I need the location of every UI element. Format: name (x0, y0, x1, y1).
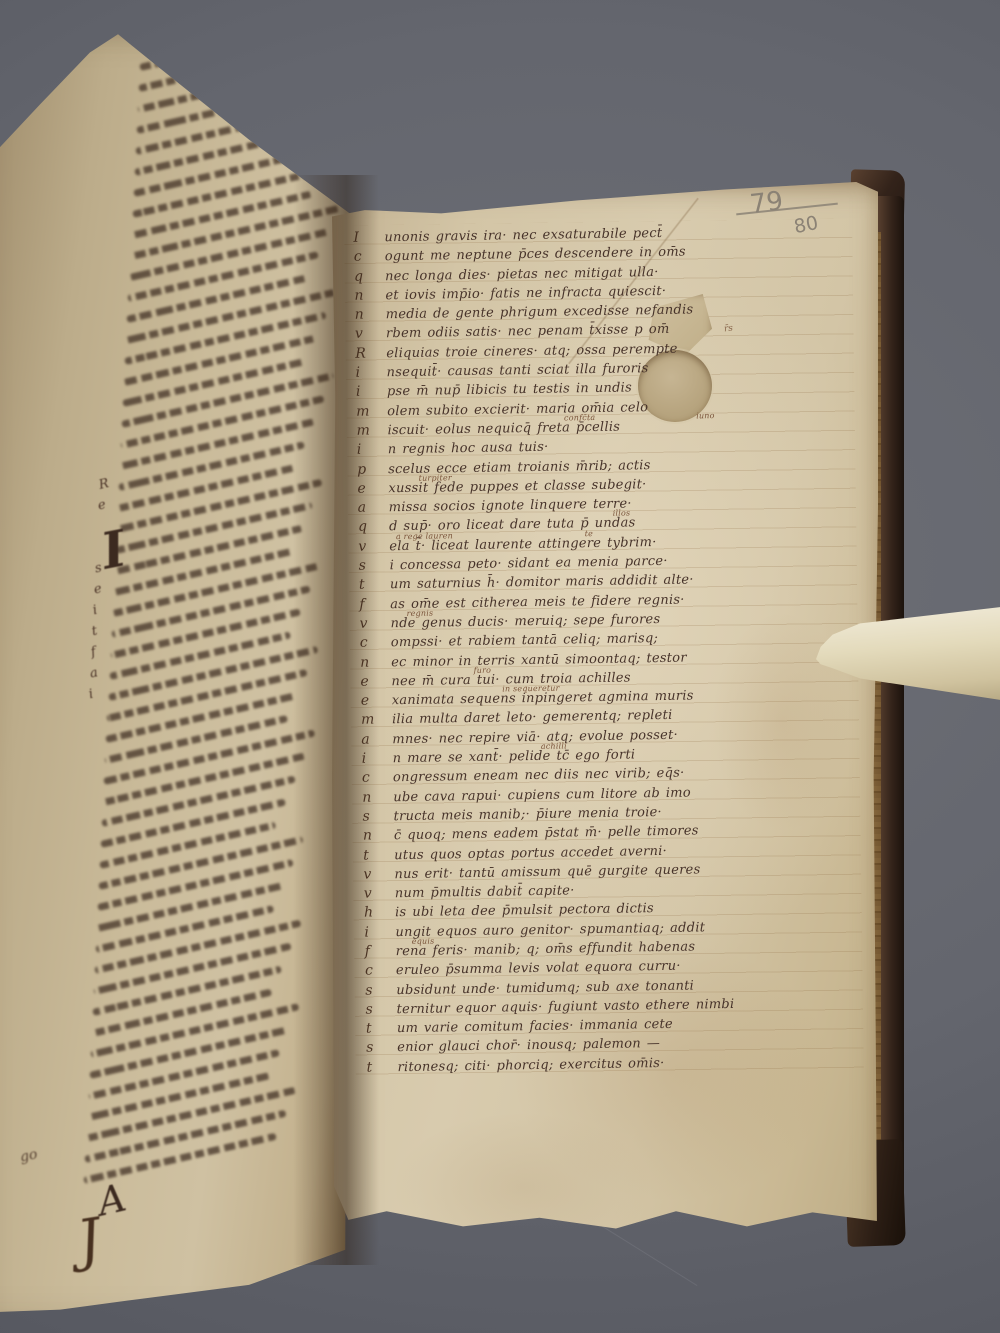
interlinear-gloss: equis (412, 937, 435, 946)
verse-marginal-initial: v (358, 538, 384, 554)
verse-text: um varie comitum facies· immania cete (397, 1017, 673, 1036)
verse-text: ompssi· et rabiem tantā celiq; marisq; (391, 631, 658, 650)
verse-marginal-initial: c (354, 249, 380, 265)
verse-text: as om̄e est citherea meis te fidere regn… (390, 592, 685, 612)
left-page-marginal-initial: a (88, 665, 99, 681)
verse-marginal-initial: f (365, 943, 391, 959)
verse-text: pse m̄ nup̄ libicis tu testis in undis (387, 381, 632, 400)
verse-text: ternitur equor aquis· fugiunt vasto ethe… (396, 997, 734, 1017)
verse-marginal-initial: s (362, 808, 388, 824)
verse-marginal-initial: t (359, 577, 385, 593)
verse-text: ritonesq; citi· phorciq; exercitus om̄is… (397, 1056, 664, 1075)
verse-marginal-initial: n (362, 789, 388, 805)
verse-text: ongressum eneam nec diis nec virib; eq̄s… (393, 766, 685, 786)
verse-text: missa socios ignote linquere terre· (389, 497, 632, 516)
left-page-script-line (138, 38, 343, 92)
left-page-marginal-initial: R (97, 476, 110, 493)
verse-text: tructa meis manib;· p̄iure menia troie· (393, 805, 662, 824)
verse-marginal-initial: s (365, 982, 391, 998)
verse-marginal-initial: m (356, 422, 382, 438)
verse-text: is ubi leta dee p̄mulsit pectora dictis (395, 902, 654, 921)
binding-board-edge (877, 196, 904, 1226)
verse-marginal-initial: v (355, 326, 381, 342)
verse-marginal-initial: s (366, 1040, 392, 1056)
verse-text: eruleo p̄summa levis volat equora curru· (396, 959, 681, 978)
verse-marginal-initial: c (360, 635, 386, 651)
verse-marginal-initial: s (365, 1001, 391, 1017)
verse-marginal-initial: c (365, 963, 391, 979)
verse-text: mnes· nec repire viā· atq; evolue posset… (392, 727, 678, 746)
verse-marginal-initial: v (363, 866, 389, 882)
verse-text: c̄ quoq; mens eadem p̄stat m̄· pelle tim… (394, 824, 699, 844)
verse-marginal-initial: m (356, 403, 382, 419)
verse-marginal-initial: i (357, 442, 383, 458)
verse-marginal-initial: h (364, 905, 390, 921)
verse-marginal-initial: f (359, 596, 385, 612)
right-manuscript-page: 79 80 r̄s Iunonis gravis ira· nec exsatu… (332, 182, 878, 1262)
verse-text: nsequit̄· causas tanti sciat illa furori… (386, 361, 648, 380)
verse-marginal-initial: I (353, 229, 379, 245)
interlinear-gloss: illos (613, 509, 631, 518)
left-page-marginal-initial: i (91, 603, 98, 619)
verse-text: um saturnius h̄· domitor maris addidit a… (390, 573, 694, 593)
verse-marginal-initial: a (358, 499, 384, 515)
verse-text: ec minor in terris xantū simoontaq; test… (391, 650, 687, 670)
left-page-marginal-initial: e (92, 581, 103, 597)
verse-marginal-initial: t (363, 847, 389, 863)
verse-text: media de gente phrigum excedisse nefandi… (386, 303, 694, 323)
verse-marginal-initial: c (362, 770, 388, 786)
verse-marginal-initial: m (361, 712, 387, 728)
left-page-script-line (137, 61, 333, 113)
verse-marginal-initial: i (362, 750, 388, 766)
verse-marginal-initial: e (357, 480, 383, 496)
interlinear-gloss: regnis (407, 608, 434, 617)
verse-text: iscuit· eolus nequicq̄ freta p̄cellis (387, 420, 620, 439)
verse-text: utus quos optas portus accedet averni· (394, 843, 667, 862)
verse-marginal-initial: q (358, 519, 384, 535)
verse-marginal-initial: e (360, 673, 386, 689)
verse-marginal-initial: R (355, 345, 381, 361)
verse-marginal-initial: v (364, 885, 390, 901)
verse-text: n regnis hoc ausa tuis· (388, 440, 549, 458)
verse-marginal-initial: s (359, 557, 385, 573)
left-page-script-line (139, 24, 316, 71)
verse-text: i concessa peto· sidant ea menia parce· (390, 554, 668, 573)
verse-text: ube cava rapui· cupiens cum litore ab im… (393, 785, 691, 805)
verse-marginal-initial: n (363, 827, 389, 843)
interlinear-gloss: achilli (541, 741, 567, 750)
verse-text: rena feris· manib; q; om̄s effundit habe… (396, 939, 696, 959)
verse-marginal-initial: n (360, 654, 386, 670)
verse-marginal-initial: t (366, 1059, 392, 1075)
verse-marginal-initial: v (359, 615, 385, 631)
interlinear-gloss: turpiter (419, 473, 452, 483)
interlinear-gloss: te (585, 529, 593, 538)
verse-text: ogunt me neptune p̄ces descendere in om̄… (385, 245, 686, 265)
left-manuscript-page: Reseitfai I A J go (0, 20, 360, 1320)
left-page-marginal-initial: e (96, 497, 107, 513)
verse-marginal-initial: i (356, 384, 382, 400)
verse-text: ubsidunt unde· tumidumq; sub axe tonanti (396, 978, 694, 998)
verse-marginal-initial: i (355, 364, 381, 380)
verse-text: nec longa dies· pietas nec mitigat ulla· (385, 265, 659, 284)
folio-number-struck: 79 (748, 186, 785, 220)
verse-marginal-initial: n (354, 287, 380, 303)
verse-text: nus erit· tantū amissum quē gurgite quer… (394, 862, 700, 882)
verse-marginal-initial: t (366, 1020, 392, 1036)
verse-marginal-initial: e (361, 692, 387, 708)
verse-text: unonis gravis ira· nec exsaturabile pect… (384, 226, 662, 245)
verse-lines: Iunonis gravis ira· nec exsaturabile pec… (353, 222, 838, 1078)
verse-marginal-initial: p (357, 461, 383, 477)
left-page-marginal-initial: i (87, 687, 94, 703)
interlinear-gloss: in sequeretur (502, 684, 560, 694)
verse-text: num p̄multis dabit̄ capite· (395, 883, 575, 901)
left-page-text-lines: Reseitfai (0, 64, 360, 1264)
verse-text: enior glauci chor̄· inousq; palemon — (397, 1037, 660, 1056)
verse-text: n mare se xant̄· pelide tc̄ ego forti (393, 747, 636, 766)
left-page-marginal-initial: t (90, 624, 98, 640)
parchment-stain (392, 1112, 652, 1262)
interlinear-gloss: furo (473, 665, 491, 674)
verse-text: olem subito excierit· maria om̄ia celo (387, 400, 648, 419)
verse-text: ilia multa daret leto· gemerentq; replet… (392, 708, 673, 727)
verse-marginal-initial: i (364, 924, 390, 940)
interlinear-gloss: a rege lauren (396, 531, 453, 541)
interlinear-gloss: confc̄ta (564, 413, 595, 422)
verse-text: ungit equos auro genitor· spumantiaq; ad… (395, 920, 705, 940)
verse-text: et iovis imp̄io· fatis ne infracta quies… (385, 284, 666, 303)
verse-marginal-initial: q (354, 268, 380, 284)
interlinear-gloss: iuno (696, 411, 715, 420)
left-page-marginal-initial: s (93, 560, 103, 576)
left-page-marginal-initial: f (89, 645, 97, 661)
verse-marginal-initial: n (355, 307, 381, 323)
verse-marginal-initial: a (361, 731, 387, 747)
verse-text: eliquias troie cineres· atq; ossa peremp… (386, 341, 678, 361)
photo-of-open-manuscript: Reseitfai I A J go 79 80 r̄s Iunonis gra… (0, 0, 1000, 1333)
verse-text: rbem odiis satis· nec penam t̄xisse p om… (386, 322, 670, 341)
